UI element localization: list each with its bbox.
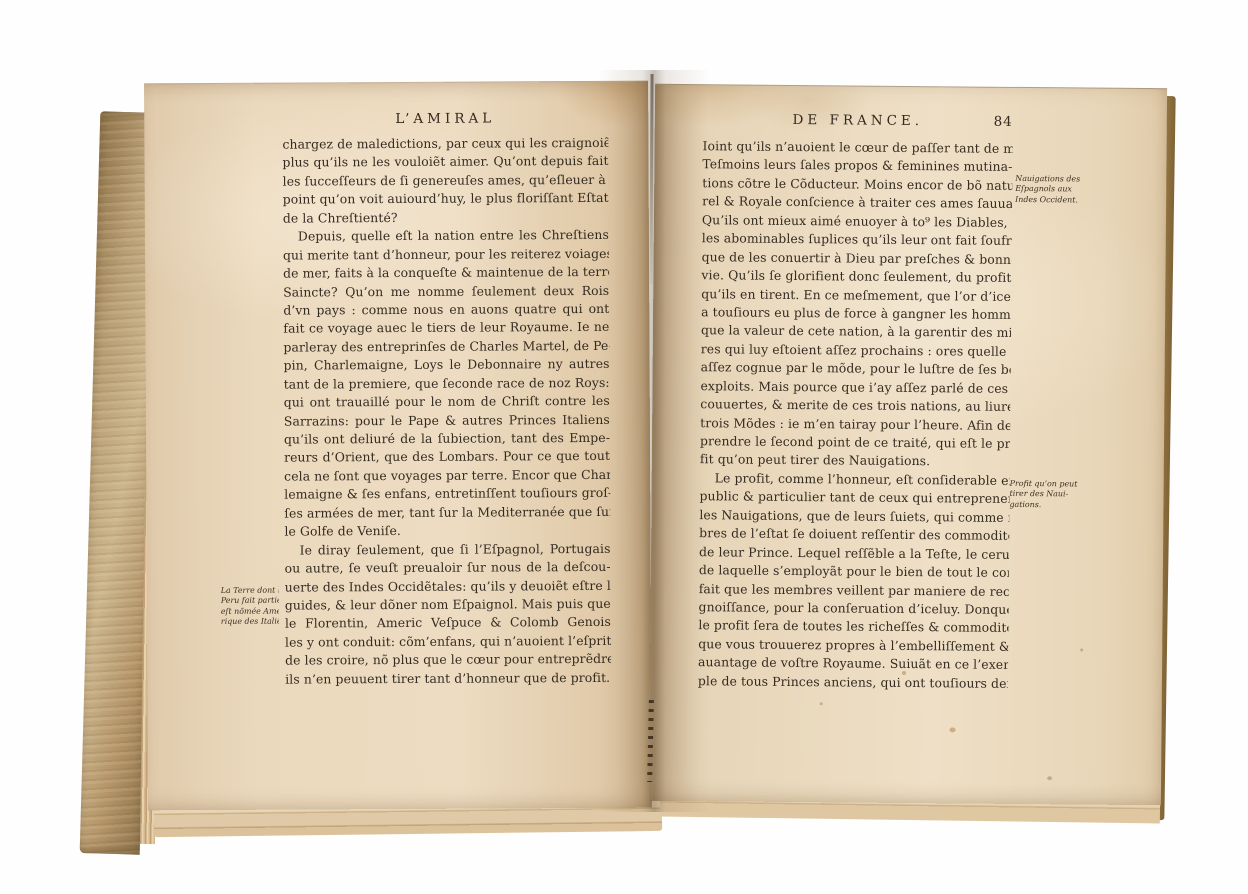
text-line: de la Chreſtienté?	[283, 208, 609, 228]
text-line: pin, Charlemaigne, Loys le Debonnaire ny…	[284, 355, 610, 375]
text-line: Nauigations des	[1015, 174, 1085, 185]
text-line: La Terre dont le	[221, 586, 279, 597]
foxing-spot	[820, 702, 823, 705]
text-line: que la valeur de cete nation, à la garen…	[701, 322, 1011, 343]
text-line: de les croire, nõ plus que le cœur pour …	[285, 650, 611, 670]
text-line: eſt nõmée Ame-	[221, 606, 279, 617]
foxing-spot	[1047, 776, 1052, 780]
text-line: couuertes, & merite de ces trois nations…	[700, 395, 1010, 416]
text-line: les ſucceſſeurs de ſi genereuſes ames, q…	[283, 171, 609, 191]
text-line: Peru fait partie	[221, 596, 279, 607]
running-title-right: DE FRANCE.	[703, 111, 1013, 130]
text-line: le profit ſera de toutes les richeſſes &…	[698, 617, 1008, 638]
right-page: DE FRANCE. 84 Ioint qu’ils n’auoient le …	[649, 84, 1167, 805]
right-text-column: Ioint qu’ils n’auoient le cœur de paſſer…	[698, 137, 1013, 693]
margin-note-navigations: Nauigations desEſpagnols auxIndes Occide…	[1015, 174, 1085, 206]
text-line: Indes Occident.	[1015, 195, 1085, 206]
text-line: parleray des entreprinſes de Charles Mar…	[283, 337, 609, 357]
book-photo: L’AMIRAL chargez de maledictions, par ce…	[0, 0, 1248, 894]
text-line: ils n’en peuuent tirer tant d’honneur qu…	[285, 669, 611, 689]
text-line: cela ne ſont que voyages par terre. Enco…	[284, 466, 610, 486]
text-line: bres de l’eſtat ſe doiuent reſſentir des…	[699, 524, 1009, 545]
text-line: Eſpagnols aux	[1015, 184, 1085, 195]
text-line: guides, & leur dõner nom Eſpaignol. Mais…	[285, 595, 611, 615]
text-line: d’vn pays : comme nous en auons quatre q…	[283, 300, 609, 320]
page-number: 84	[994, 114, 1013, 130]
text-line: tirer des Naui-	[1010, 489, 1080, 500]
text-line: plus qu’ils ne les vouloiẽt aimer. Qu’on…	[282, 152, 608, 172]
text-line: Sarrazins: pour le Pape & autres Princes…	[284, 410, 610, 430]
text-line: rel & Royale conſcience à traiter ces am…	[702, 193, 1012, 214]
left-page: L’AMIRAL chargez de maledictions, par ce…	[144, 81, 652, 811]
text-line: tant de la premiere, que ſeconde race de…	[284, 374, 610, 394]
text-line: le Florentin, Americ Veſpuce & Colomb Ge…	[285, 613, 611, 633]
text-line: Depuis, quelle eſt la nation entre les C…	[283, 226, 609, 246]
text-line: les y ont conduit: cõm’enfans, qui n’auo…	[285, 632, 611, 652]
text-line: qui ont trauaillé pour le nom de Chriſt …	[284, 392, 610, 412]
text-line: vie. Qu’ils ſe glorifient donc ſeulement…	[701, 266, 1011, 287]
text-line: qu’ils ont deliuré de la ſubiection, tan…	[284, 429, 610, 449]
foxing-spot	[949, 727, 955, 732]
text-line: ple de tous Princes anciens, qui ont tou…	[698, 672, 1008, 693]
text-line: lemaigne & ſes enfans, entretinſſent tou…	[284, 484, 610, 504]
text-line: ſes armées de mer, tant ſur la Mediterra…	[284, 503, 610, 523]
text-line: Ie diray ſeulement, que ſi l’Eſpagnol, P…	[284, 540, 610, 560]
text-line: ou autre, ſe veuſt preualoir ſur nous de…	[285, 558, 611, 578]
text-line: Saincte? Qu’on me nomme ſeulement deux R…	[283, 281, 609, 301]
text-line: point qu’on voit auiourd’huy, le plus fl…	[283, 189, 609, 209]
text-line: public & particulier tant de ceux qui en…	[699, 487, 1009, 508]
foxing-spot	[1080, 649, 1083, 652]
margin-note-peru: La Terre dont lePeru fait partieeſt nõmé…	[221, 586, 279, 628]
text-line: qui merite tant d’honneur, pour les reit…	[283, 245, 609, 265]
header-row-right: DE FRANCE. 84	[703, 111, 1013, 134]
left-text-column: chargez de maledictions, par ceux qui le…	[282, 134, 611, 689]
text-line: reurs d’Orient, que des Lombars. Pour ce…	[284, 447, 610, 467]
margin-note-profit: Profit qu’on peuttirer des Naui-gations.	[1009, 479, 1079, 511]
text-line: rique des Italiẽs.	[221, 617, 279, 628]
text-line: chargez de maledictions, par ceux qui le…	[282, 134, 608, 154]
text-line: fait ce voyage auec le tiers de leur Roy…	[283, 318, 609, 338]
text-line: de mer, faits à la conqueſte & maintenue…	[283, 263, 609, 283]
text-line: Profit qu’on peut	[1010, 479, 1080, 490]
text-line: les abominables ſuplices qu’ils leur ont…	[702, 229, 1012, 250]
text-line: auantage de voſtre Royaume. Suiuãt en ce…	[698, 653, 1008, 674]
text-line: de laquelle s’employãt pour le bien de t…	[699, 561, 1009, 582]
text-line: aſſez cognue par le mõde, pour le luſtre…	[701, 358, 1011, 379]
text-line: uerte des Indes Occidẽtales: qu’ils y de…	[285, 576, 611, 596]
text-line: le Golfe de Veniſe.	[284, 521, 610, 541]
running-title-left: L’AMIRAL	[282, 110, 608, 128]
text-line: gations.	[1009, 500, 1079, 511]
